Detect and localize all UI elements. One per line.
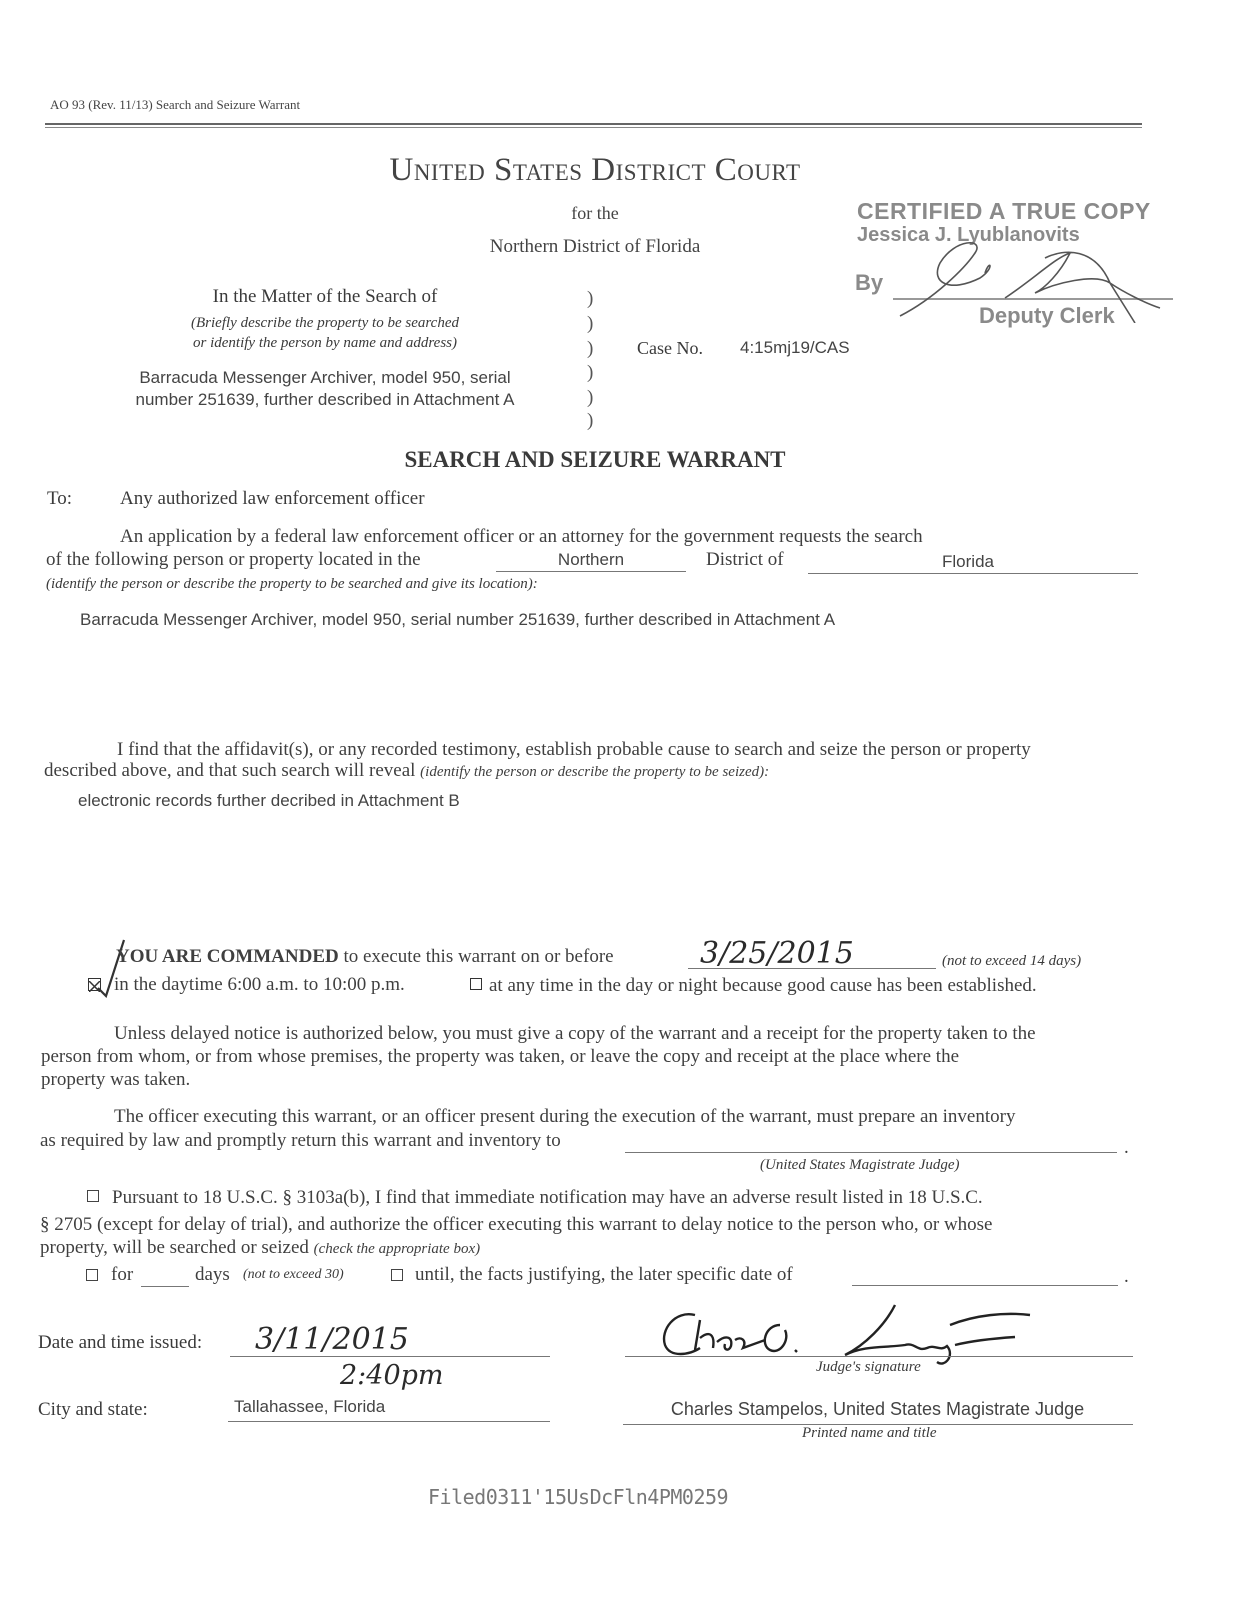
district-of-label: District of — [706, 549, 784, 571]
property-description: Barracuda Messenger Archiver, model 950,… — [80, 610, 835, 630]
stamp-role: Deputy Clerk — [979, 303, 1115, 329]
bracket: ) — [587, 338, 593, 360]
city-state-label: City and state: — [38, 1399, 148, 1421]
notice-text: property was taken. — [41, 1069, 190, 1091]
case-number: 4:15mj19/CAS — [740, 338, 850, 358]
case-number-label: Case No. — [637, 338, 703, 359]
to-recipient: Any authorized law enforcement officer — [120, 488, 425, 510]
certified-copy-stamp: CERTIFIED A TRUE COPY Jessica J. Lyublan… — [855, 198, 1175, 338]
date-issued-line — [230, 1356, 550, 1357]
date-issued-label: Date and time issued: — [38, 1332, 202, 1354]
judge-signature-line — [625, 1356, 1133, 1357]
delay-text: property, will be searched or seized (ch… — [40, 1237, 480, 1259]
bracket: ) — [587, 288, 593, 310]
identify-hint: (identify the person or describe the pro… — [46, 576, 538, 593]
delay-text: Pursuant to 18 U.S.C. § 3103a(b), I find… — [112, 1187, 983, 1209]
matter-description: Barracuda Messenger Archiver, model 950,… — [100, 368, 550, 388]
city-state: Tallahassee, Florida — [234, 1397, 385, 1417]
matter-description: number 251639, further described in Atta… — [100, 390, 550, 410]
delay-text: § 2705 (except for delay of trial), and … — [40, 1214, 993, 1236]
printed-name-caption: Printed name and title — [802, 1425, 937, 1442]
bracket: ) — [587, 410, 593, 432]
header-rule — [45, 123, 1142, 125]
seize-description: electronic records further decribed in A… — [78, 791, 460, 811]
to-label: To: — [47, 488, 72, 510]
application-text: An application by a federal law enforcem… — [120, 526, 923, 548]
command-heading: YOU ARE COMMANDED — [116, 946, 339, 967]
warrant-title: SEARCH AND SEIZURE WARRANT — [0, 447, 1190, 473]
stamp-by-label: By — [855, 270, 883, 296]
bracket: ) — [587, 362, 593, 384]
check-icon — [89, 981, 100, 992]
finding-text-line: described above, and that such search wi… — [44, 760, 415, 781]
execute-by-date-line — [688, 968, 936, 969]
finding-hint: (identify the person or describe the pro… — [420, 764, 769, 780]
execute-by-date: 3/25/2015 — [700, 936, 854, 971]
return-to-field — [625, 1152, 1117, 1153]
filed-stamp: Filed0311'15UsDcFln4PM0259 — [428, 1485, 728, 1509]
command-body: to execute this warrant on or before — [339, 946, 614, 967]
daytime-checkbox[interactable] — [88, 978, 101, 991]
application-text: of the following person or property loca… — [46, 549, 421, 571]
judge-printed-name: Charles Stampelos, United States Magistr… — [625, 1399, 1130, 1420]
days-label: days — [195, 1264, 230, 1286]
daytime-label: in the daytime 6:00 a.m. to 10:00 p.m. — [114, 974, 405, 996]
anytime-label: at any time in the day or night because … — [489, 975, 1037, 997]
form-identifier: AO 93 (Rev. 11/13) Search and Seizure Wa… — [50, 97, 300, 113]
district-field-line — [496, 571, 686, 572]
until-label: until, the facts justifying, the later s… — [415, 1264, 793, 1286]
days-field — [141, 1286, 189, 1287]
finding-text: I find that the affidavit(s), or any rec… — [117, 739, 1031, 761]
anytime-checkbox[interactable] — [470, 978, 482, 990]
stamp-title: CERTIFIED A TRUE COPY — [857, 198, 1151, 225]
inventory-text: as required by law and promptly return t… — [40, 1130, 561, 1152]
delay-notice-checkbox[interactable] — [87, 1190, 99, 1202]
district-field: Northern — [496, 550, 686, 570]
until-date-field — [852, 1285, 1118, 1286]
for-label: for — [111, 1264, 133, 1286]
delay-hint: (check the appropriate box) — [314, 1241, 480, 1257]
inventory-text: The officer executing this warrant, or a… — [114, 1106, 1015, 1128]
period: . — [1124, 1137, 1129, 1159]
state-field-line — [808, 573, 1138, 574]
judge-signature-caption: Judge's signature — [816, 1359, 921, 1376]
matter-hint: or identify the person by name and addre… — [105, 335, 545, 352]
bracket: ) — [587, 313, 593, 335]
matter-label: In the Matter of the Search of — [105, 286, 545, 308]
return-to-caption: (United States Magistrate Judge) — [760, 1157, 960, 1174]
period: . — [1124, 1266, 1129, 1288]
time-issued: 2:40pm — [340, 1360, 444, 1391]
matter-hint: (Briefly describe the property to be sea… — [105, 315, 545, 332]
state-field: Florida — [808, 552, 1128, 572]
notice-text: Unless delayed notice is authorized belo… — [114, 1023, 1036, 1045]
date-issued: 3/11/2015 — [255, 1322, 409, 1357]
delay-days-checkbox[interactable] — [86, 1269, 98, 1281]
finding-text: described above, and that such search wi… — [44, 760, 769, 782]
notice-text: person from whom, or from whose premises… — [41, 1046, 959, 1068]
delay-until-checkbox[interactable] — [391, 1269, 403, 1281]
command-text: YOU ARE COMMANDED to execute this warran… — [116, 946, 614, 968]
delay-text-line: property, will be searched or seized — [40, 1237, 309, 1258]
days-limit-hint: (not to exceed 30) — [243, 1267, 344, 1283]
bracket: ) — [587, 387, 593, 409]
header-rule-thin — [45, 127, 1142, 128]
execute-limit-hint: (not to exceed 14 days) — [942, 953, 1081, 970]
city-state-line — [228, 1421, 550, 1422]
court-title: United States District Court — [0, 152, 1190, 189]
